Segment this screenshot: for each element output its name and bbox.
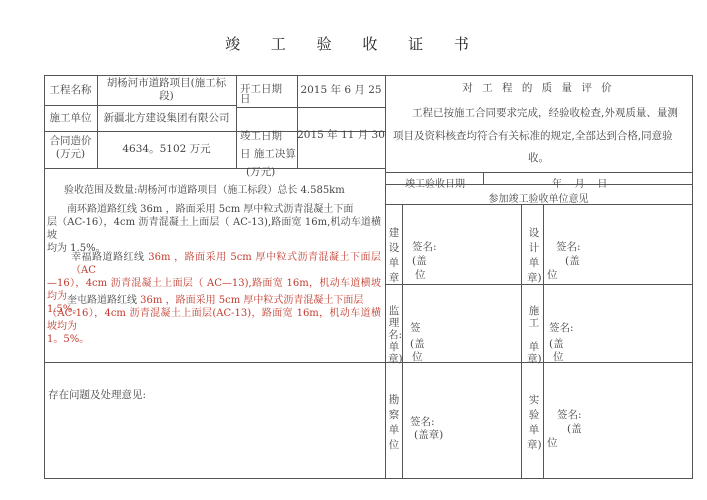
divider — [402, 204, 403, 478]
table-border-top — [44, 75, 693, 76]
road-line: 1。5%。 — [47, 333, 381, 346]
seal-label-cont: 位 — [547, 268, 581, 282]
completion-date-label-line2: 日 施工决算 — [240, 145, 310, 163]
label-char: 设 — [388, 241, 400, 256]
start-date-label-line2: 日 — [240, 94, 296, 104]
start-date-value: 2015 年 6 月 25 — [297, 84, 385, 97]
signature-label: 签名: — [547, 408, 582, 422]
label-char: 位 — [388, 438, 400, 453]
label-char: 章 — [388, 271, 400, 286]
unit-testing-signature: 签名: (盖 位 — [547, 408, 582, 450]
signature-label: 签名: — [549, 318, 574, 338]
contract-price-label: 合同造价 (万元) — [44, 135, 97, 161]
participants-heading: 参加竣工验收单位意见 — [385, 193, 692, 206]
contract-price-label-line2: (万元) — [44, 148, 97, 161]
unit-design-signature: 签名: (盖 位 — [547, 240, 581, 282]
seal-label: (盖 — [410, 338, 425, 351]
unit-design-label: 设 计 单 章) — [527, 226, 541, 286]
seal-label-cont: 位 — [412, 268, 437, 282]
document-title: 竣 工 验 收 证 书 — [0, 33, 707, 54]
label-char: 勘 — [388, 393, 400, 408]
project-name-line2: 段) — [97, 90, 236, 103]
unit-contractor-signature: 签名: (盖 位 — [549, 318, 574, 364]
label-char — [527, 329, 541, 341]
unit-supervision-label: 监 理 名: 单 章) — [388, 305, 400, 365]
label-char: 工 — [527, 317, 541, 329]
acceptance-date-value: 年 月 日 — [552, 178, 672, 191]
table-border-bottom — [44, 478, 693, 479]
contractor-label: 施工单位 — [44, 112, 97, 125]
signature-label: 签名: — [412, 240, 437, 254]
label-char: 单 — [388, 341, 400, 353]
divider — [44, 168, 385, 169]
unit-testing-label: 实 验 单 章) — [527, 393, 541, 453]
contract-price-label-line1: 合同造价 — [44, 135, 97, 148]
road-line: （AC-16），4cm 沥青混凝土上面层(AC-13)，路面宽 16m，机动车道… — [47, 307, 381, 333]
seal-label-cont: 位 — [410, 351, 425, 364]
seal-label: (盖 — [549, 338, 574, 351]
seal-label: (盖 — [412, 254, 437, 268]
divider — [236, 75, 237, 168]
road-name: 幸福路道路红线 — [71, 252, 145, 263]
contractor-value: 新疆北方建设集团有限公司 — [97, 112, 236, 125]
label-char: 单 — [527, 256, 541, 271]
seal-label: (盖 — [547, 422, 582, 436]
road-nanhuan: 南环路道路红线 36m ，路面采用 5cm 厚中粒式沥青混凝土下面 层（AC-1… — [47, 203, 381, 255]
signature-label: 签名: — [410, 416, 443, 429]
seal-label: (盖 — [547, 254, 581, 268]
unit-construction-signature: 签名: (盖 位 — [412, 240, 437, 282]
seal-label: (盖章) — [410, 429, 443, 442]
road-line: 层（AC-16），4cm 沥青混凝土上面层（ AC-13),路面宽 16m,机动… — [47, 216, 381, 242]
unit-supervision-signature: 签 (盖 位 — [410, 318, 425, 364]
divider — [521, 204, 522, 478]
signature-label: 签名: — [547, 240, 581, 254]
label-char: 设 — [527, 226, 541, 241]
completion-date-value: 2015 年 11 月 30 — [297, 129, 385, 142]
label-char: 章) — [388, 353, 400, 365]
project-name-label: 工程名称 — [44, 84, 97, 97]
unit-contractor-label: 施 工 单 章) — [527, 305, 541, 365]
label-char: 章) — [527, 353, 541, 365]
start-date-label: 开工日期 日 — [240, 84, 296, 104]
completion-date-label-line3: (万元) — [240, 163, 310, 181]
label-char: 名: — [388, 329, 400, 341]
label-char: 施 — [527, 305, 541, 317]
label-char: 单 — [388, 423, 400, 438]
divider — [543, 204, 544, 478]
project-name-value: 胡杨河市道路项目(施工标 段) — [97, 77, 236, 103]
unit-construction-label: 建 设 单 章 — [388, 226, 400, 286]
label-char: 单 — [527, 341, 541, 353]
seal-label-cont: 位 — [547, 436, 582, 450]
label-char: 建 — [388, 226, 400, 241]
divider — [385, 172, 692, 173]
divider — [236, 107, 385, 108]
label-char: 察 — [388, 408, 400, 423]
unit-survey-signature: 签名: (盖章) — [410, 416, 443, 442]
label-char: 计 — [527, 241, 541, 256]
road-kuitun: 奎屯路道路红线 36m ，路面采用 5cm 厚中粒式沥青混凝土下面层 （AC-1… — [47, 294, 381, 346]
quality-evaluation-line3: 收。 — [385, 152, 692, 165]
divider — [44, 362, 385, 363]
road-line: 36m ，路面采用 5cm 厚中粒式沥青混凝土下面层 — [137, 295, 363, 306]
label-char: 单 — [527, 423, 541, 438]
seal-label-cont: 位 — [549, 351, 574, 364]
unit-survey-label: 勘 察 单 位 — [388, 393, 400, 453]
divider — [385, 75, 386, 479]
label-char: 监 — [388, 305, 400, 317]
label-char: 实 — [527, 393, 541, 408]
signature-label: 签 — [410, 318, 425, 338]
road-line: 南环路道路红线 36m ，路面采用 5cm 厚中粒式沥青混凝土下面 — [47, 203, 381, 216]
divider — [44, 131, 236, 132]
table-border-right — [692, 75, 693, 479]
quality-evaluation-line1: 工程已按施工合同要求完成，经验收检查,外观质量、量测 — [412, 107, 692, 120]
label-char: 章) — [527, 271, 541, 286]
label-char: 理 — [388, 317, 400, 329]
acceptance-date-label: 竣工验收日期 — [405, 178, 485, 191]
label-char: 验 — [527, 408, 541, 423]
label-char: 章) — [527, 438, 541, 453]
road-name: 奎屯路道路红线 — [67, 295, 137, 306]
project-name-line1: 胡杨河市道路项目(施工标 — [97, 77, 236, 90]
quality-evaluation-line2: 项目及资料核查均符合有关标准的规定,全部达到合格,同意验 — [393, 130, 688, 143]
issues-label: 存在问题及处理意见: — [48, 389, 146, 402]
label-char: 单 — [388, 256, 400, 271]
quality-evaluation-heading: 对 工 程 的 质 量 评 价 — [385, 82, 692, 95]
divider — [44, 105, 236, 106]
acceptance-scope-intro: 验收范围及数量:胡杨河市道路项目（施工标段）总长 4.585km — [64, 184, 374, 197]
contract-price-value: 4634。5102 万元 — [97, 143, 236, 156]
